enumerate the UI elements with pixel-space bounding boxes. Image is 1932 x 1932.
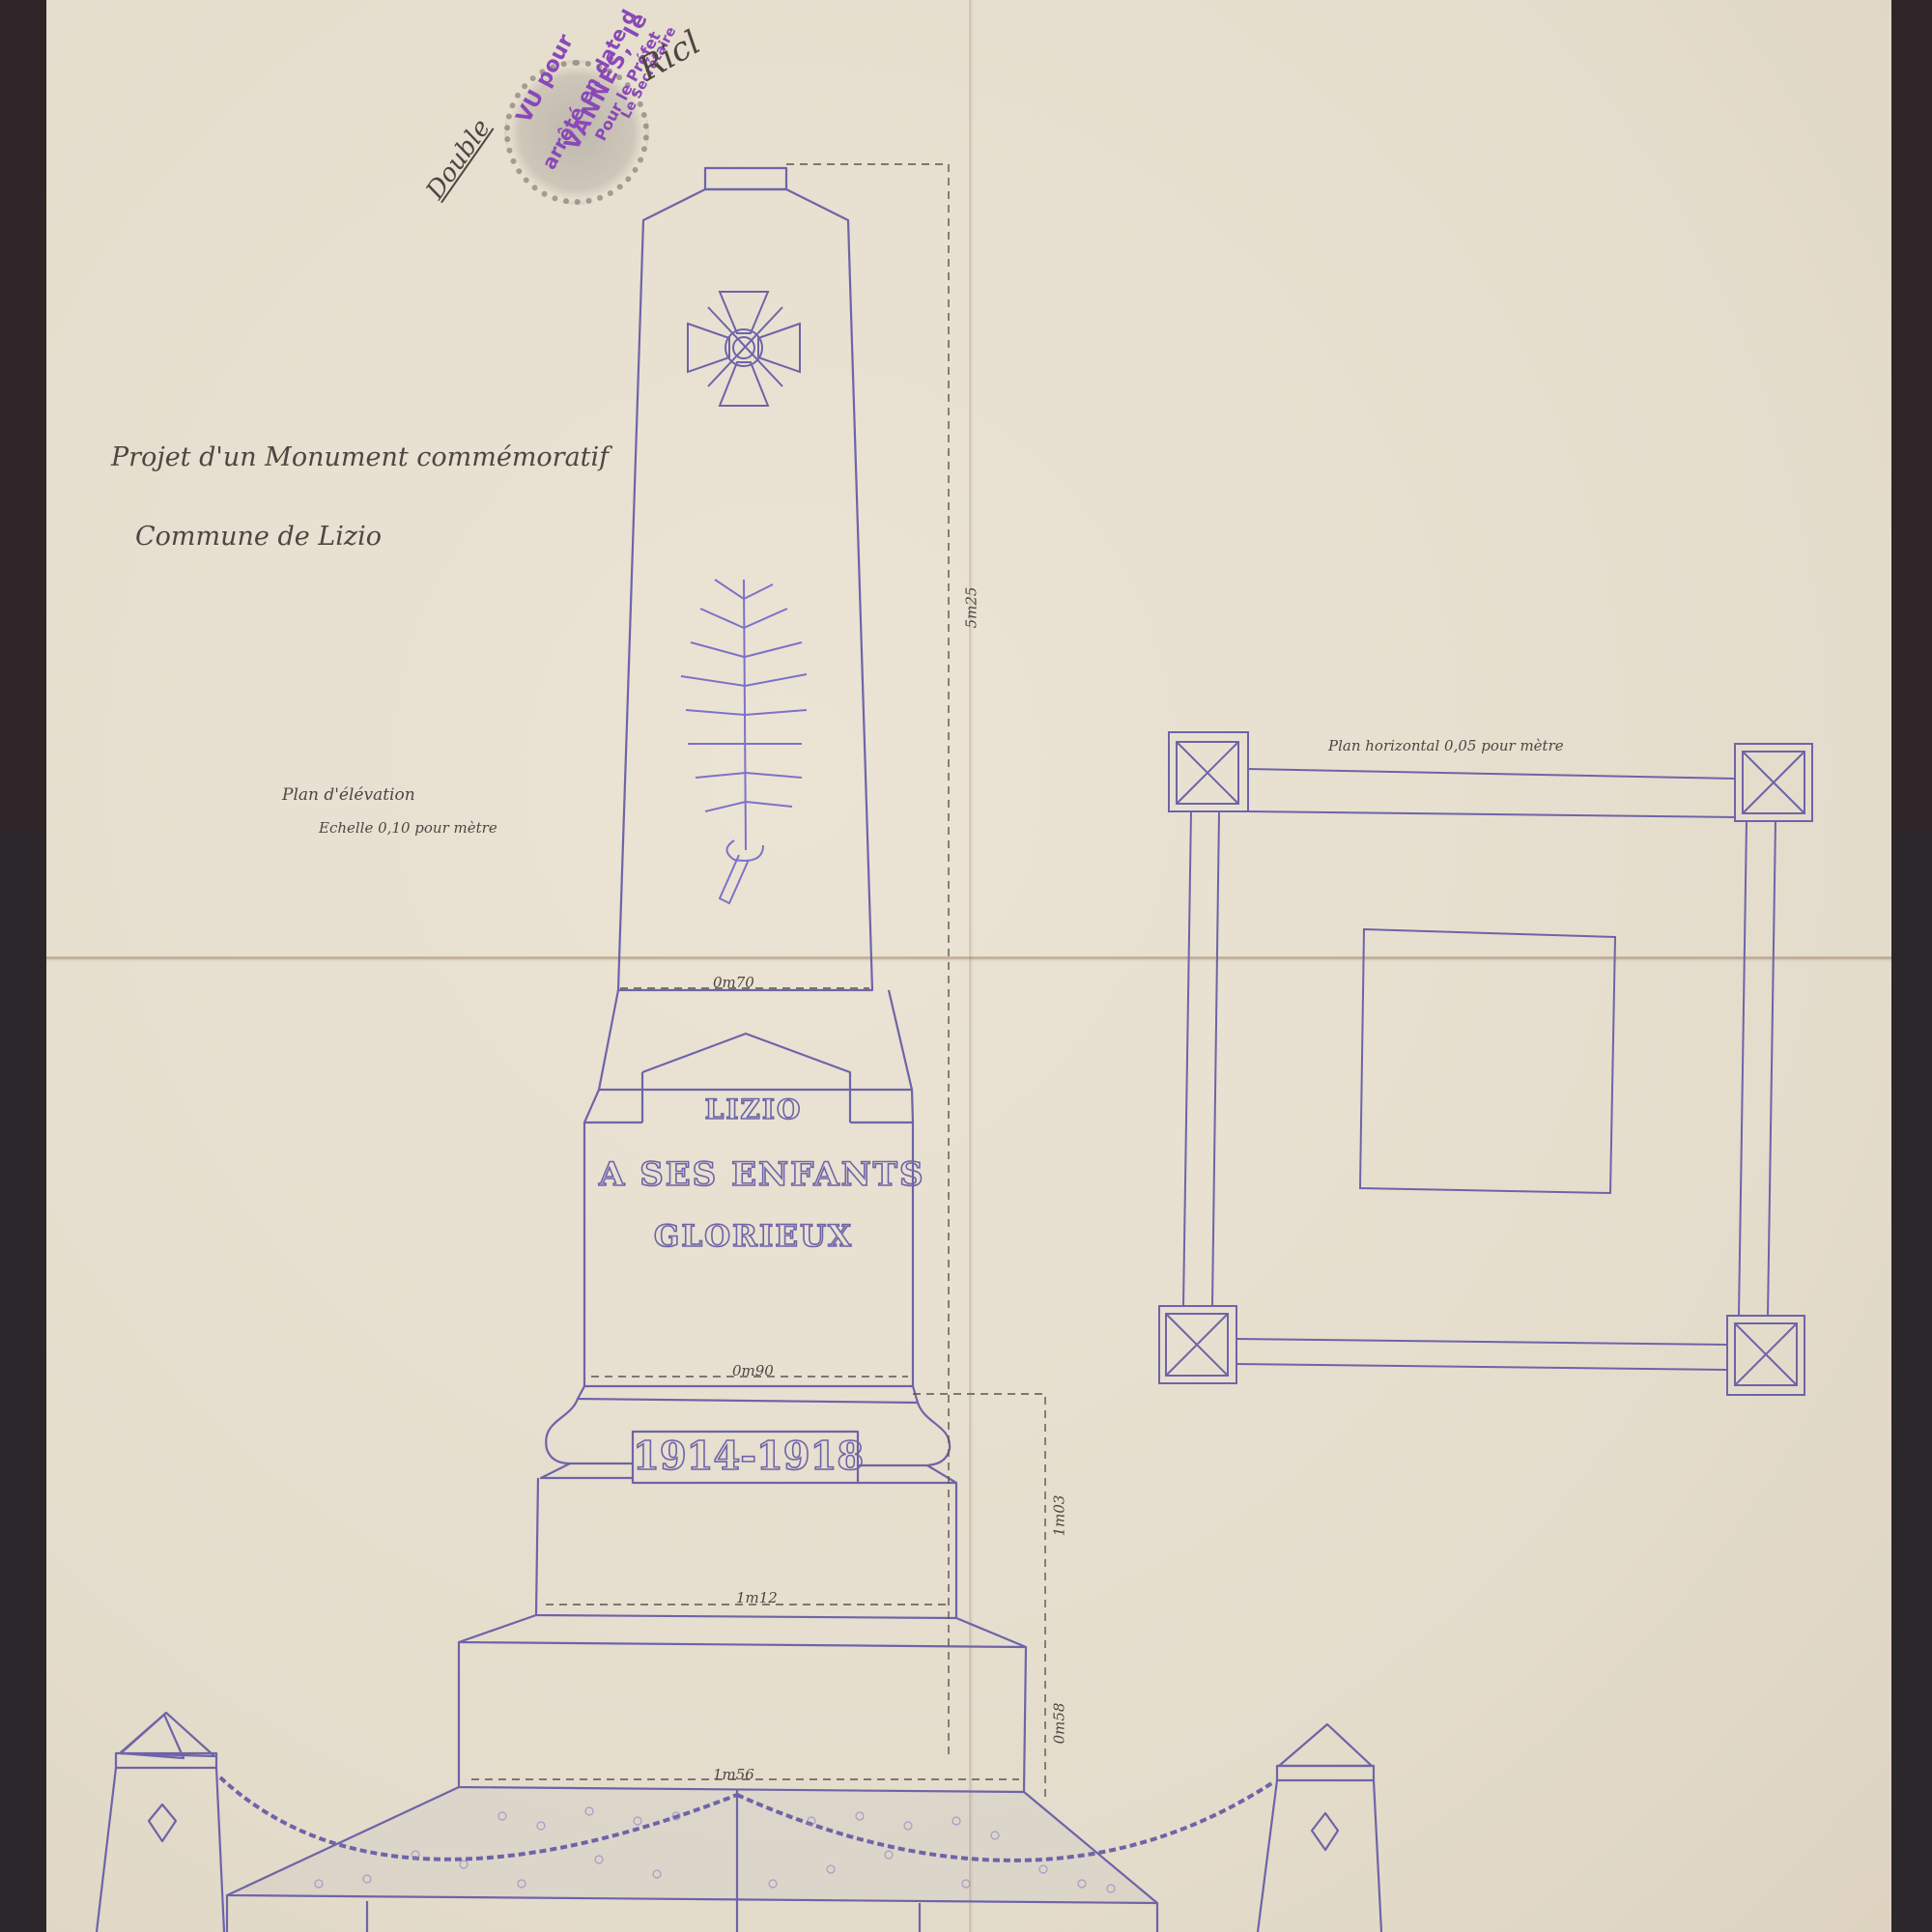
dimension-die-width: 0m90 (732, 1362, 774, 1379)
croix-de-guerre-icon (688, 292, 800, 406)
dimension-shaft-width: 0m70 (713, 974, 754, 991)
inscription-dedication: A SES ENFANTS (599, 1155, 908, 1194)
dimension-platform-width: 1m56 (713, 1766, 754, 1783)
inscription-glorieux: GLORIEUX (618, 1219, 889, 1254)
palm-branch-icon (681, 580, 807, 903)
dimension-plinth-width: 1m12 (736, 1589, 778, 1606)
monument-drawing (0, 0, 1932, 1932)
dimension-base-height: 1m03 (1050, 1495, 1067, 1537)
inscription-dates: 1914-1918 (633, 1434, 858, 1479)
dimension-socle-height: 0m58 (1050, 1703, 1067, 1745)
ground-plan (1159, 732, 1812, 1395)
inscription-name: LIZIO (667, 1094, 840, 1125)
dimension-obelisk-height: 5m25 (962, 587, 980, 629)
